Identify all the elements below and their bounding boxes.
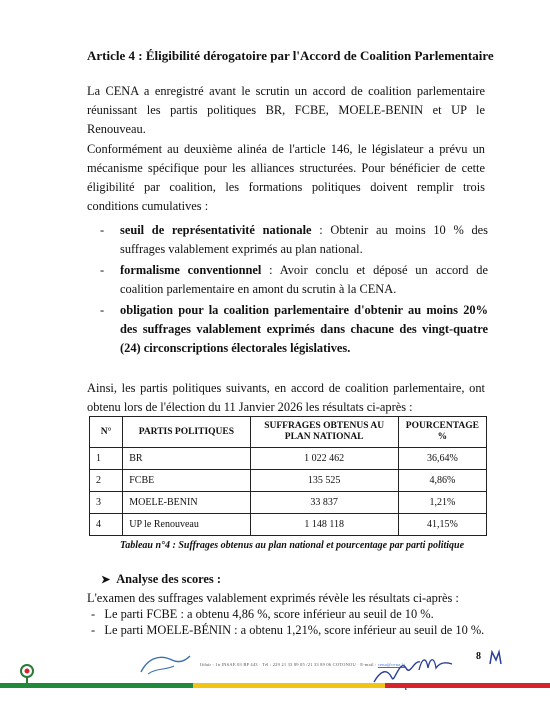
arrow-bullet-icon: ➤ [101,574,110,586]
cell-votes: 1 148 118 [250,514,398,536]
dash-bullet-icon: - [100,261,120,299]
table-row: 2FCBE135 5254,86% [90,470,487,492]
analysis-item: - Le parti FCBE : a obtenu 4,86 %, score… [91,606,484,622]
condition-item: - obligation pour la coalition parlement… [100,301,488,358]
paragraph-results-intro: Ainsi, les partis politiques suivants, e… [87,379,485,417]
cell-party: MOELE-BENIN [123,492,250,514]
national-flag-stripe [0,683,550,688]
condition-label: obligation pour la coalition parlementai… [120,303,488,355]
results-table: N° PARTIS POLITIQUES SUFFRAGES OBTENUS A… [89,416,487,536]
cell-party: FCBE [123,470,250,492]
cell-number: 1 [90,448,123,470]
header-percentage: POURCENTAGE % [398,417,486,448]
flag-green-band [0,683,193,688]
initials-icon [416,652,456,676]
cell-votes: 33 837 [250,492,398,514]
cell-votes: 1 022 462 [250,448,398,470]
dash-bullet-icon: - [100,301,120,358]
analysis-list: - Le parti FCBE : a obtenu 4,86 %, score… [91,606,484,638]
cell-number: 2 [90,470,123,492]
condition-label: formalisme conventionnel [120,263,261,277]
page-initial-icon [486,648,506,668]
table-caption: Tableau n°4 : Suffrages obtenus au plan … [120,540,464,551]
cell-percentage: 36,64% [398,448,486,470]
dash-bullet-icon: - [100,221,120,259]
analysis-item-text: Le parti FCBE : a obtenu 4,86 %, score i… [104,607,433,621]
header-votes: SUFFRAGES OBTENUS AU PLAN NATIONAL [250,417,398,448]
condition-item: - seuil de représentativité nationale : … [100,221,488,259]
document-page: Article 4 : Éligibilité dérogatoire par … [0,0,550,701]
cell-percentage: 1,21% [398,492,486,514]
table-row: 4UP le Renouveau1 148 11841,15% [90,514,487,536]
article-title: Article 4 : Éligibilité dérogatoire par … [87,48,494,64]
section-heading: ➤Analyse des scores : [101,572,221,587]
paragraph-coalition-agreement: La CENA a enregistré avant le scrutin un… [87,82,485,139]
header-party: PARTIS POLITIQUES [123,417,250,448]
table-row: 1BR1 022 46236,64% [90,448,487,470]
flag-yellow-band [193,683,386,688]
signature-stamp-icon [138,650,193,680]
section-heading-text: Analyse des scores : [116,572,221,586]
table-header-row: N° PARTIS POLITIQUES SUFFRAGES OBTENUS A… [90,417,487,448]
cell-percentage: 4,86% [398,470,486,492]
condition-item: - formalisme conventionnel : Avoir concl… [100,261,488,299]
cell-number: 3 [90,492,123,514]
table-row: 3MOELE-BENIN33 8371,21% [90,492,487,514]
page-number: 8 [476,651,481,662]
cell-votes: 135 525 [250,470,398,492]
cell-party: UP le Renouveau [123,514,250,536]
cell-party: BR [123,448,250,470]
flag-red-band [385,683,550,688]
condition-label: seuil de représentativité nationale [120,223,312,237]
cell-percentage: 41,15% [398,514,486,536]
analysis-item-text: Le parti MOELE-BÉNIN : a obtenu 1,21%, s… [104,623,484,637]
conditions-list: - seuil de représentativité nationale : … [100,221,488,360]
header-number: N° [90,417,123,448]
cell-number: 4 [90,514,123,536]
paragraph-conditions-intro: Conformément au deuxième alinéa de l'art… [87,140,485,216]
analysis-item: - Le parti MOELE-BÉNIN : a obtenu 1,21%,… [91,622,484,638]
footer-contact-text: Ifdaïr : 1n INSAE 03 BP 443 · Tél : 229 … [200,662,377,667]
